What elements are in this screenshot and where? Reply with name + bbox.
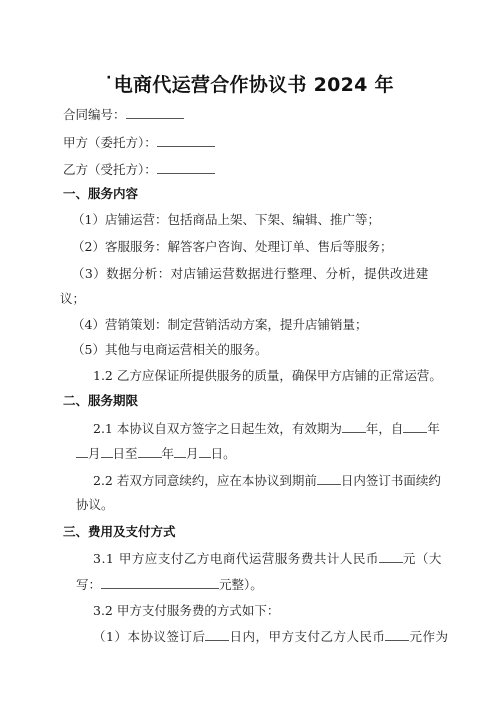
item-1-text-1: （1）本协议签订后 — [93, 629, 205, 644]
document-title: ·电商代运营合作协议书 2024 年 — [0, 70, 500, 97]
section-1-item-2: （2）客服服务：解答客户咨询、处理订单、售后等服务； — [72, 239, 392, 255]
clause-2-1-text-2: 年，自 — [366, 421, 404, 436]
blank-start-day — [101, 445, 113, 458]
clause-2-1-month-2: 月 — [186, 446, 199, 461]
party-b-field: 乙方（受托方）： — [63, 161, 215, 178]
clause-2-2-text-1: 2.2 若双方同意续约，应在本协议到期前 — [93, 473, 317, 488]
clause-2-1-to: 日至 — [113, 446, 138, 461]
party-a-label: 甲方（委托方）： — [63, 135, 157, 150]
blank-end-day — [199, 445, 211, 458]
blank-end-year — [138, 445, 162, 458]
item-1-text-2: 日内，甲方支付乙方人民币 — [229, 629, 385, 644]
section-1-item-3: （3）数据分析：对店铺运营数据进行整理、分析，提供改进建 — [72, 266, 429, 282]
blank-amount-capital — [101, 576, 219, 589]
clause-3-1: 3.1 甲方应支付乙方电商代运营服务费共计人民币元（大 — [93, 550, 442, 567]
section-3-heading: 三、费用及支付方式 — [63, 524, 176, 540]
title-bullet: · — [106, 70, 112, 86]
blank-pay-amount — [385, 628, 409, 641]
party-a-field: 甲方（委托方）： — [63, 134, 215, 151]
item-1-text-3: 元作为 — [409, 629, 448, 644]
section-1-heading: 一、服务内容 — [63, 186, 138, 202]
clause-2-1-month: 月 — [88, 446, 101, 461]
section-1-item-3-cont: 议； — [60, 291, 85, 307]
blank-end-month — [174, 445, 186, 458]
clause-3-1-text-1: 3.1 甲方应支付乙方电商代运营服务费共计人民币 — [93, 551, 379, 566]
section-1-item-5: （5）其他与电商运营相关的服务。 — [72, 342, 267, 358]
blank-renewal-days — [317, 472, 341, 485]
clause-2-1-text-1: 2.1 本协议自双方签字之日起生效，有效期为 — [93, 421, 342, 436]
clause-2-1-cont: 月日至年月日。 — [76, 445, 236, 462]
clause-3-1-text-3: 元整）。 — [219, 577, 263, 592]
section-1-item-4: （4）营销策划：制定营销活动方案，提升店铺销量； — [72, 317, 367, 333]
blank-start-year — [403, 420, 427, 433]
blank-years — [342, 420, 366, 433]
clause-2-1-day-end: 日。 — [211, 446, 236, 461]
clause-2-1-year: 年 — [162, 446, 175, 461]
blank-start-month — [76, 445, 88, 458]
document-page: ·电商代运营合作协议书 2024 年 合同编号： 甲方（委托方）： 乙方（受托方… — [0, 0, 500, 707]
clause-2-2-text-2: 日内签订书面续约 — [341, 473, 441, 488]
clause-2-2-cont: 协议。 — [76, 497, 114, 513]
clause-3-1-capital-label: 写： — [76, 577, 101, 592]
title-text: 电商代运营合作协议书 2024 年 — [114, 74, 394, 96]
blank-amount — [379, 550, 403, 563]
contract-number-field: 合同编号： — [63, 106, 184, 123]
blank-pay-days — [205, 628, 229, 641]
section-2-heading: 二、服务期限 — [63, 393, 138, 409]
party-b-blank — [157, 161, 215, 174]
section-1-item-1: （1）店铺运营：包括商品上架、下架、编辑、推广等； — [72, 212, 380, 228]
clause-3-2-item-1: （1）本协议签订后日内，甲方支付乙方人民币元作为 — [93, 628, 449, 645]
clause-3-2: 3.2 甲方支付服务费的方式如下： — [93, 603, 279, 619]
party-a-blank — [157, 134, 215, 147]
clause-2-2: 2.2 若双方同意续约，应在本协议到期前日内签订书面续约 — [93, 472, 441, 489]
clause-2-1: 2.1 本协议自双方签字之日起生效，有效期为年，自年 — [93, 420, 440, 437]
contract-number-label: 合同编号： — [63, 107, 126, 122]
party-b-label: 乙方（受托方）： — [63, 162, 157, 177]
contract-number-blank — [126, 106, 184, 119]
clause-1-2: 1.2 乙方应保证所提供服务的质量，确保甲方店铺的正常运营。 — [93, 368, 442, 384]
clause-2-1-text-3: 年 — [427, 421, 440, 436]
clause-3-1-cont: 写：元整）。 — [76, 576, 263, 593]
clause-3-1-text-2: 元（大 — [403, 551, 442, 566]
